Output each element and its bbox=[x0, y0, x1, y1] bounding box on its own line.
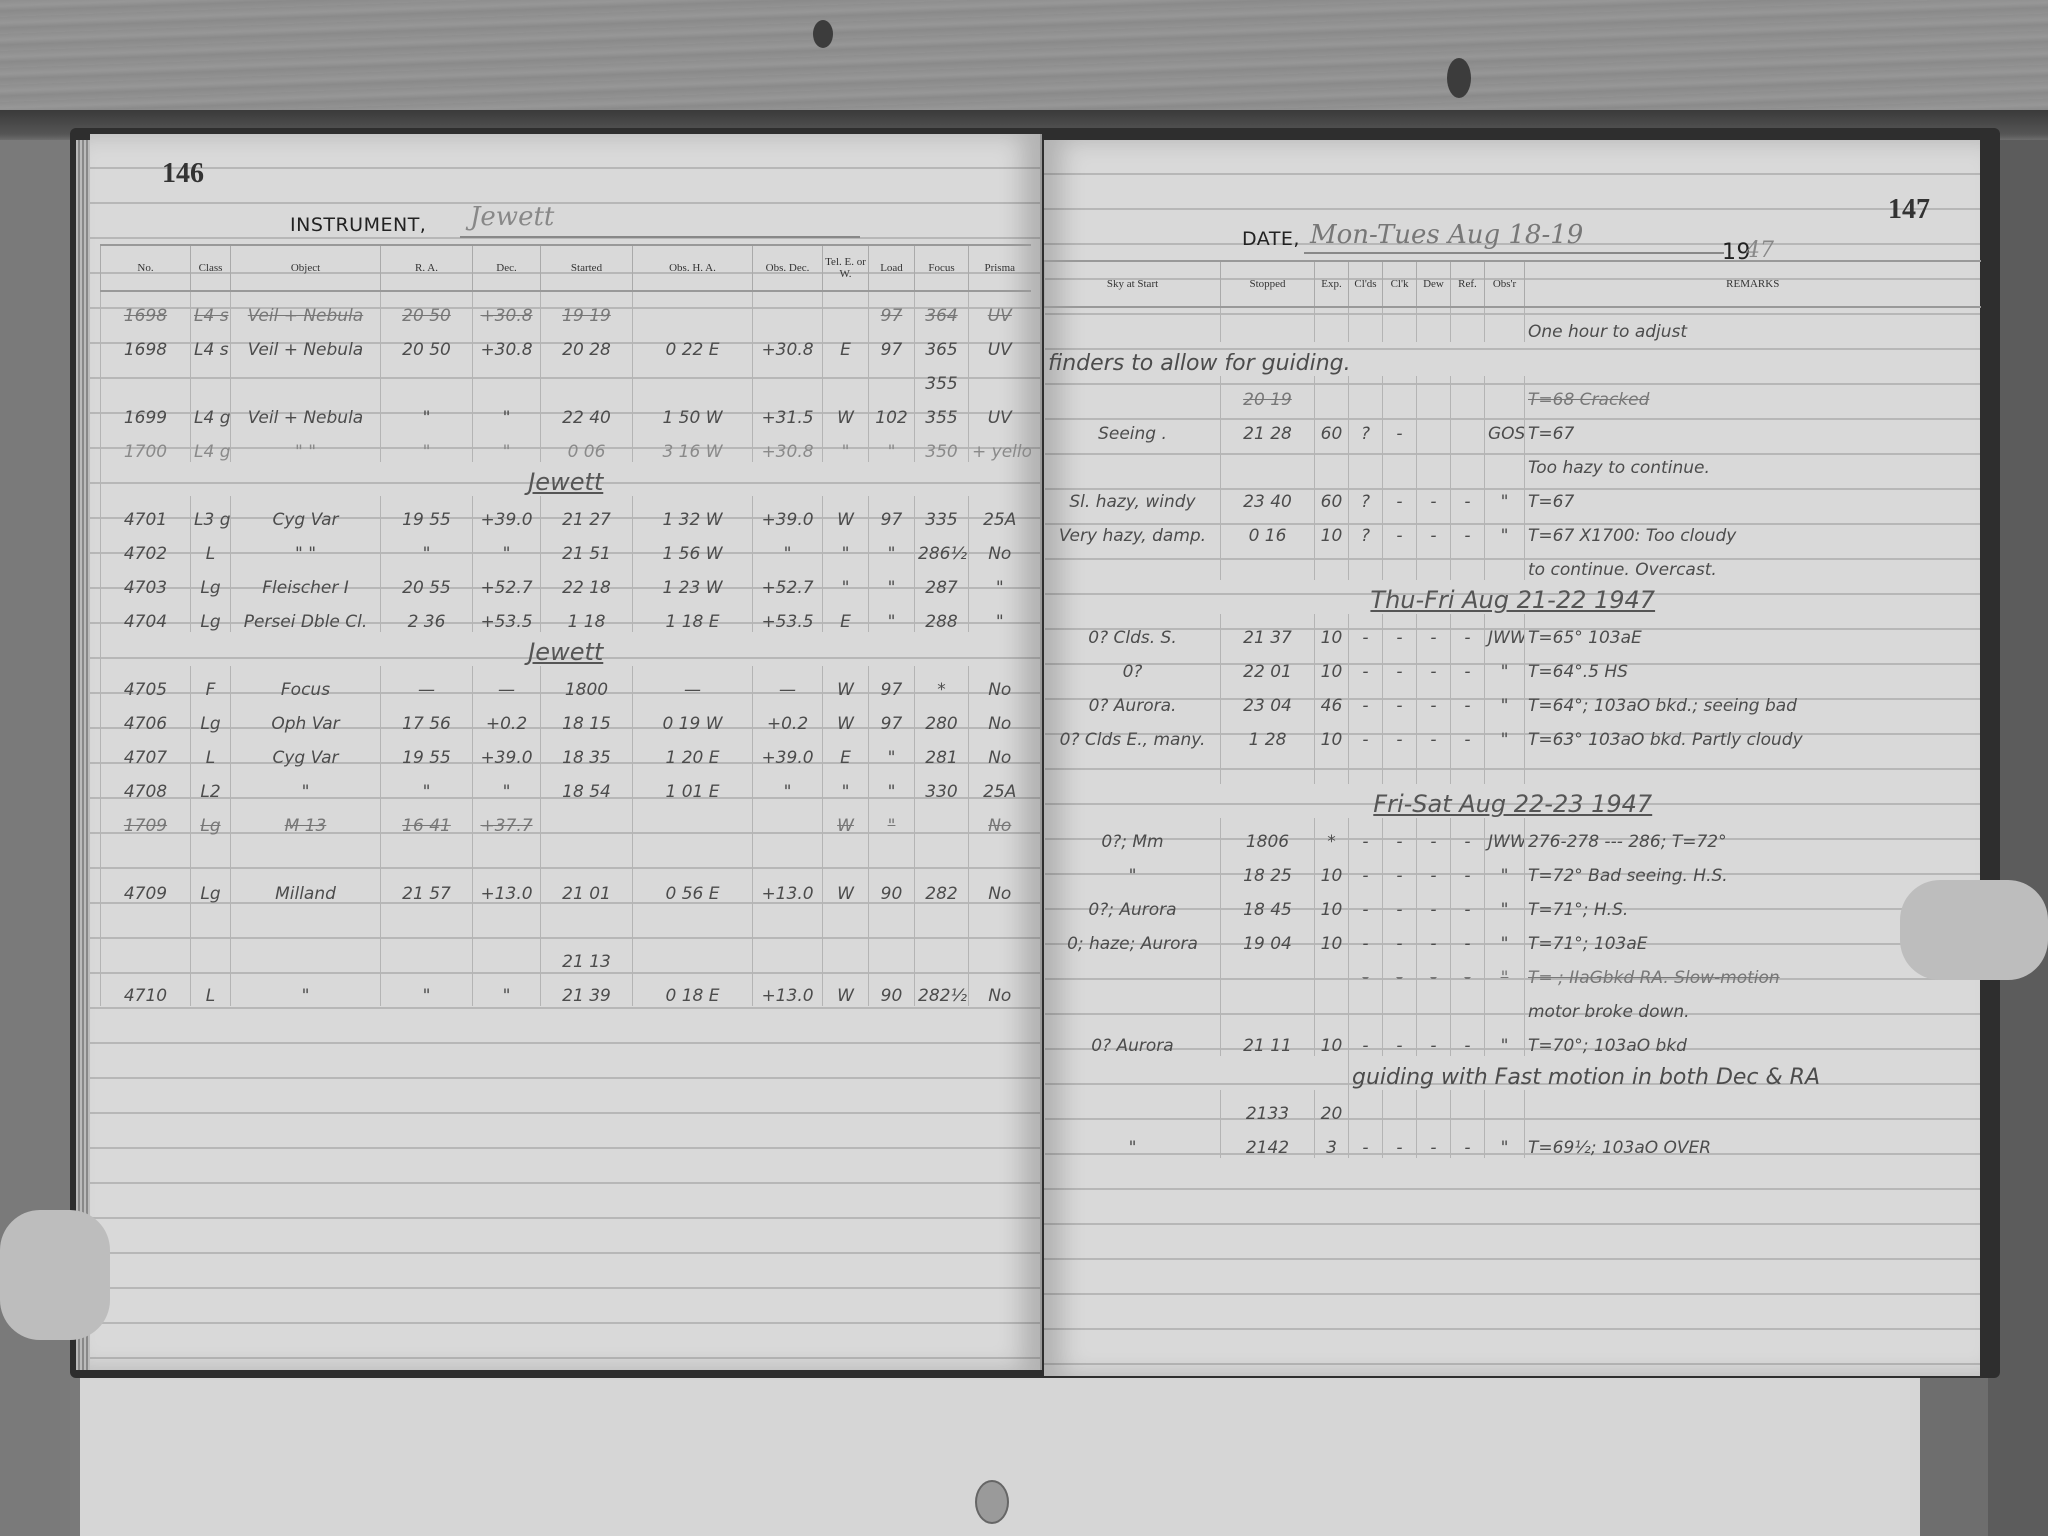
cell-clk: - bbox=[1383, 648, 1417, 682]
cell-prisma: UV bbox=[969, 291, 1031, 326]
cell-prisma: No bbox=[969, 700, 1031, 734]
cell-clds: - bbox=[1349, 886, 1383, 920]
cell-object bbox=[231, 938, 381, 972]
cell-dew bbox=[1417, 750, 1451, 784]
cell-remarks bbox=[1525, 1090, 1981, 1124]
table-row: 4705FFocus——1800——W97*No bbox=[101, 666, 1031, 700]
cell-class bbox=[191, 938, 231, 972]
cell-load bbox=[869, 836, 915, 870]
table-row: 4702L" """21 511 56 W"""286½No bbox=[101, 530, 1031, 564]
cell-class: Lg bbox=[191, 870, 231, 904]
table-row: 0? Clds E., many.1 2810----"T=63° 103aO … bbox=[1045, 716, 1981, 750]
cell-clds: - bbox=[1349, 852, 1383, 886]
wood-knot bbox=[813, 20, 833, 48]
cell-started: 18 35 bbox=[541, 734, 633, 768]
cell-stopped: 2133 bbox=[1221, 1090, 1315, 1124]
table-row: 0?; Aurora18 4510----"T=71°; H.S. bbox=[1045, 886, 1981, 920]
cell-dew: - bbox=[1417, 954, 1451, 988]
cell-ref: - bbox=[1451, 614, 1485, 648]
table-row: 20 19T=68 Cracked bbox=[1045, 376, 1981, 410]
cell-exp: 60 bbox=[1315, 410, 1349, 444]
cell-load: " bbox=[869, 428, 915, 462]
cell-focus: 364 bbox=[915, 291, 969, 326]
cell-obs_ha bbox=[633, 802, 753, 836]
cell-clk: - bbox=[1383, 512, 1417, 546]
cell-object: Fleischer I bbox=[231, 564, 381, 598]
cell-dec: " bbox=[473, 530, 541, 564]
cell-stopped: 1806 bbox=[1221, 818, 1315, 852]
cell-prisma: No bbox=[969, 870, 1031, 904]
cell-focus: 355 bbox=[915, 394, 969, 428]
cell-prisma: UV bbox=[969, 394, 1031, 428]
cell-exp bbox=[1315, 546, 1349, 580]
cell-clds: ? bbox=[1349, 478, 1383, 512]
cell-load: " bbox=[869, 530, 915, 564]
cell-obsr: " bbox=[1485, 1124, 1525, 1158]
cell-prisma: No bbox=[969, 802, 1031, 836]
cell-obsr bbox=[1485, 546, 1525, 580]
cell-prisma: No bbox=[969, 734, 1031, 768]
cell-class: Lg bbox=[191, 802, 231, 836]
cell-dew: - bbox=[1417, 478, 1451, 512]
page-number: 147 bbox=[1888, 194, 1930, 226]
cell-prisma bbox=[969, 360, 1031, 394]
table-row: 1700L4 g" """0 063 16 W+30.8""350+ yello… bbox=[101, 428, 1031, 462]
cell-dew: - bbox=[1417, 512, 1451, 546]
cell-class: L bbox=[191, 530, 231, 564]
column-header: Load bbox=[869, 245, 915, 291]
blank-cell bbox=[1045, 1056, 1349, 1090]
cell-tel bbox=[823, 836, 869, 870]
cell-object: Cyg Var bbox=[231, 734, 381, 768]
cell-focus: 282 bbox=[915, 870, 969, 904]
cell-remarks: T=67 X1700: Too cloudy bbox=[1525, 512, 1981, 546]
cell-clds bbox=[1349, 750, 1383, 784]
cell-ref: - bbox=[1451, 920, 1485, 954]
cell-obsr: " bbox=[1485, 886, 1525, 920]
cell-ra: " bbox=[381, 530, 473, 564]
cell-clds: - bbox=[1349, 954, 1383, 988]
cell-clk: - bbox=[1383, 1124, 1417, 1158]
cell-clk: - bbox=[1383, 478, 1417, 512]
column-header: Prisma bbox=[969, 245, 1031, 291]
cell-dew bbox=[1417, 307, 1451, 342]
cell-no: 1709 bbox=[101, 802, 191, 836]
table-row: 4701L3 gCyg Var19 55+39.021 271 32 W+39.… bbox=[101, 496, 1031, 530]
cell-obs_dec bbox=[753, 938, 823, 972]
cell-clk: - bbox=[1383, 1022, 1417, 1056]
cell-clk: - bbox=[1383, 682, 1417, 716]
column-header: Dec. bbox=[473, 245, 541, 291]
cell-dec: +0.2 bbox=[473, 700, 541, 734]
section-heading: Thu-Fri Aug 21-22 1947 bbox=[1045, 580, 1981, 614]
cell-dec bbox=[473, 904, 541, 938]
cell-obsr: " bbox=[1485, 512, 1525, 546]
cell-obs_ha: 1 23 W bbox=[633, 564, 753, 598]
cell-obsr bbox=[1485, 750, 1525, 784]
cell-load: 102 bbox=[869, 394, 915, 428]
column-header: Cl'ds bbox=[1349, 261, 1383, 307]
cell-stopped: 18 25 bbox=[1221, 852, 1315, 886]
cell-obs_dec bbox=[753, 291, 823, 326]
cell-started: 22 18 bbox=[541, 564, 633, 598]
table-row: Seeing .21 2860?-GOS SOGT=67 bbox=[1045, 410, 1981, 444]
left-thumb bbox=[0, 1210, 110, 1340]
cell-remarks: T=68 Cracked bbox=[1525, 376, 1981, 410]
cell-ref bbox=[1451, 410, 1485, 444]
table-row: 4709LgMilland21 57+13.021 010 56 E+13.0W… bbox=[101, 870, 1031, 904]
cell-no: 4708 bbox=[101, 768, 191, 802]
cell-clk: - bbox=[1383, 716, 1417, 750]
cell-exp: 10 bbox=[1315, 852, 1349, 886]
cell-ref: - bbox=[1451, 648, 1485, 682]
cell-started: 1 18 bbox=[541, 598, 633, 632]
cell-class: L bbox=[191, 972, 231, 1006]
cell-obsr bbox=[1485, 376, 1525, 410]
table-row: 355 bbox=[101, 360, 1031, 394]
cell-obs_dec bbox=[753, 836, 823, 870]
cell-obs_dec: — bbox=[753, 666, 823, 700]
cell-clds: - bbox=[1349, 716, 1383, 750]
cell-obsr: " bbox=[1485, 682, 1525, 716]
cell-exp: 10 bbox=[1315, 1022, 1349, 1056]
table-row: 4707LCyg Var19 55+39.018 351 20 E+39.0E"… bbox=[101, 734, 1031, 768]
cell-obsr: JWW CBS bbox=[1485, 818, 1525, 852]
cell-dew bbox=[1417, 410, 1451, 444]
left-page: 146 INSTRUMENT, Jewett No.ClassObjectR. … bbox=[90, 134, 1042, 1370]
cell-load bbox=[869, 360, 915, 394]
cell-class: Lg bbox=[191, 700, 231, 734]
wood-knot bbox=[1447, 58, 1471, 98]
cell-no: 4705 bbox=[101, 666, 191, 700]
cell-no: 4710 bbox=[101, 972, 191, 1006]
cell-sky: Sl. hazy, windy bbox=[1045, 478, 1221, 512]
table-row: ----"T= ; IIaGbkd RA. Slow-motion bbox=[1045, 954, 1981, 988]
cell-load: " bbox=[869, 598, 915, 632]
cell-tel: " bbox=[823, 768, 869, 802]
cell-ref: - bbox=[1451, 512, 1485, 546]
cell-ra bbox=[381, 938, 473, 972]
cell-remarks: T=63° 103aO bkd. Partly cloudy bbox=[1525, 716, 1981, 750]
cell-clds: - bbox=[1349, 1124, 1383, 1158]
cell-dew: - bbox=[1417, 818, 1451, 852]
cell-object: " " bbox=[231, 530, 381, 564]
cell-started: 18 54 bbox=[541, 768, 633, 802]
cell-sky bbox=[1045, 307, 1221, 342]
cell-clds bbox=[1349, 376, 1383, 410]
column-header: R. A. bbox=[381, 245, 473, 291]
cell-exp: 10 bbox=[1315, 886, 1349, 920]
cell-stopped bbox=[1221, 444, 1315, 478]
cell-tel bbox=[823, 904, 869, 938]
cell-dew: - bbox=[1417, 716, 1451, 750]
cell-class: L4 s bbox=[191, 326, 231, 360]
cell-remarks: T=69½; 103aO OVER bbox=[1525, 1124, 1981, 1158]
table-row: 21 13 bbox=[101, 938, 1031, 972]
cell-load bbox=[869, 904, 915, 938]
cell-started: 1800 bbox=[541, 666, 633, 700]
table-row: 213320 bbox=[1045, 1090, 1981, 1124]
cell-obsr: " bbox=[1485, 920, 1525, 954]
cell-focus: 280 bbox=[915, 700, 969, 734]
instrument-value: Jewett bbox=[470, 202, 554, 232]
cell-exp: 10 bbox=[1315, 614, 1349, 648]
cell-class: L4 g bbox=[191, 394, 231, 428]
cell-focus bbox=[915, 938, 969, 972]
cell-ref bbox=[1451, 546, 1485, 580]
cell-started: 21 51 bbox=[541, 530, 633, 564]
cell-tel: W bbox=[823, 870, 869, 904]
cell-load: " bbox=[869, 768, 915, 802]
table-row: Sl. hazy, windy23 4060?---"T=67 bbox=[1045, 478, 1981, 512]
cell-object: Veil + Nebula bbox=[231, 394, 381, 428]
cell-obs_ha: — bbox=[633, 666, 753, 700]
cell-ref: - bbox=[1451, 716, 1485, 750]
cell-clds: ? bbox=[1349, 512, 1383, 546]
cell-sky: 0? Clds. S. bbox=[1045, 614, 1221, 648]
cell-focus: 282½ bbox=[915, 972, 969, 1006]
cell-remarks: Too hazy to continue. bbox=[1525, 444, 1981, 478]
cell-obsr: " bbox=[1485, 852, 1525, 886]
cell-stopped: 21 11 bbox=[1221, 1022, 1315, 1056]
cell-clk: - bbox=[1383, 886, 1417, 920]
cell-exp: 10 bbox=[1315, 648, 1349, 682]
cell-clk: - bbox=[1383, 818, 1417, 852]
cell-class: Lg bbox=[191, 598, 231, 632]
cell-tel: " bbox=[823, 564, 869, 598]
table-row: 4704LgPersei Dble Cl.2 36+53.51 181 18 E… bbox=[101, 598, 1031, 632]
cell-object: " bbox=[231, 768, 381, 802]
cell-obs_dec: +13.0 bbox=[753, 972, 823, 1006]
table-row: Jewett bbox=[101, 632, 1031, 666]
section-heading: Jewett bbox=[101, 632, 1031, 666]
cell-dec: +37.7 bbox=[473, 802, 541, 836]
table-row: 0? Aurora.23 0446----"T=64°; 103aO bkd.;… bbox=[1045, 682, 1981, 716]
cell-obs_ha: 1 56 W bbox=[633, 530, 753, 564]
cell-load: 97 bbox=[869, 496, 915, 530]
cell-tel: E bbox=[823, 734, 869, 768]
cell-object bbox=[231, 836, 381, 870]
cell-class: L4 s bbox=[191, 291, 231, 326]
cell-class: L4 g bbox=[191, 428, 231, 462]
cell-obsr: " bbox=[1485, 648, 1525, 682]
cell-dec bbox=[473, 938, 541, 972]
cell-tel: E bbox=[823, 326, 869, 360]
cell-class bbox=[191, 836, 231, 870]
cell-sky: 0?; Mm bbox=[1045, 818, 1221, 852]
cell-obsr: JWW CBS bbox=[1485, 614, 1525, 648]
cell-stopped: 1 28 bbox=[1221, 716, 1315, 750]
cell-dew bbox=[1417, 1090, 1451, 1124]
cell-started: 22 40 bbox=[541, 394, 633, 428]
date-label: DATE, bbox=[1242, 228, 1300, 250]
instrument-label: INSTRUMENT, bbox=[290, 214, 426, 236]
cell-remarks: to continue. Overcast. bbox=[1525, 546, 1981, 580]
cell-dec: +53.5 bbox=[473, 598, 541, 632]
cell-tel: " bbox=[823, 428, 869, 462]
cell-load bbox=[869, 938, 915, 972]
table-row: 1699L4 gVeil + Nebula""22 401 50 W+31.5W… bbox=[101, 394, 1031, 428]
column-header: Dew bbox=[1417, 261, 1451, 307]
cell-dew: - bbox=[1417, 886, 1451, 920]
cell-prisma bbox=[969, 938, 1031, 972]
cell-dew: - bbox=[1417, 614, 1451, 648]
cell-obs_ha: 1 20 E bbox=[633, 734, 753, 768]
cell-focus: * bbox=[915, 666, 969, 700]
cell-object: Focus bbox=[231, 666, 381, 700]
cell-ra bbox=[381, 904, 473, 938]
cell-obs_ha: 1 32 W bbox=[633, 496, 753, 530]
cell-stopped: 0 16 bbox=[1221, 512, 1315, 546]
cell-dew: - bbox=[1417, 920, 1451, 954]
cell-class: L bbox=[191, 734, 231, 768]
instrument-underline bbox=[460, 236, 860, 238]
cell-clds: - bbox=[1349, 920, 1383, 954]
cell-obsr bbox=[1485, 307, 1525, 342]
cell-load: 97 bbox=[869, 291, 915, 326]
cell-sky: " bbox=[1045, 1124, 1221, 1158]
column-header: Obs'r bbox=[1485, 261, 1525, 307]
cell-dew: - bbox=[1417, 1124, 1451, 1158]
cell-stopped: 2142 bbox=[1221, 1124, 1315, 1158]
cell-ref: - bbox=[1451, 852, 1485, 886]
cell-no: 4701 bbox=[101, 496, 191, 530]
cell-dew bbox=[1417, 546, 1451, 580]
cell-prisma bbox=[969, 836, 1031, 870]
cell-sky: 0; haze; Aurora bbox=[1045, 920, 1221, 954]
cell-focus: 288 bbox=[915, 598, 969, 632]
table-row: 1709LgM 1316 41+37.7W"No bbox=[101, 802, 1031, 836]
cell-ref: - bbox=[1451, 478, 1485, 512]
cell-sky bbox=[1045, 954, 1221, 988]
cell-ra: 16 41 bbox=[381, 802, 473, 836]
column-header: Cl'k bbox=[1383, 261, 1417, 307]
cell-ra: 2 36 bbox=[381, 598, 473, 632]
cell-remarks: T=67 bbox=[1525, 478, 1981, 512]
cell-stopped: 21 28 bbox=[1221, 410, 1315, 444]
column-header: Focus bbox=[915, 245, 969, 291]
cell-obs_dec: +39.0 bbox=[753, 734, 823, 768]
cell-stopped: 23 04 bbox=[1221, 682, 1315, 716]
cell-started bbox=[541, 904, 633, 938]
table-row: Jewett bbox=[101, 462, 1031, 496]
cell-obsr: GOS SOG bbox=[1485, 410, 1525, 444]
table-row: One hour to adjust bbox=[1045, 307, 1981, 342]
cell-clds bbox=[1349, 307, 1383, 342]
table-row: "18 2510----"T=72° Bad seeing. H.S. bbox=[1045, 852, 1981, 886]
cell-tel: W bbox=[823, 802, 869, 836]
table-row: "21423----"T=69½; 103aO OVER bbox=[1045, 1124, 1981, 1158]
table-row: 0?22 0110----"T=64°.5 HS bbox=[1045, 648, 1981, 682]
cell-no: 1698 bbox=[101, 291, 191, 326]
cell-dew: - bbox=[1417, 1022, 1451, 1056]
cell-exp bbox=[1315, 376, 1349, 410]
cell-object bbox=[231, 904, 381, 938]
cell-obs_ha: 0 19 W bbox=[633, 700, 753, 734]
cell-obsr: " bbox=[1485, 954, 1525, 988]
cell-obs_ha: 0 22 E bbox=[633, 326, 753, 360]
cell-stopped: 19 04 bbox=[1221, 920, 1315, 954]
table-row: to continue. Overcast. bbox=[1045, 546, 1981, 580]
cell-sky bbox=[1045, 444, 1221, 478]
cell-obs_ha bbox=[633, 938, 753, 972]
cell-started: 21 39 bbox=[541, 972, 633, 1006]
cell-clk bbox=[1383, 546, 1417, 580]
cell-exp: 10 bbox=[1315, 920, 1349, 954]
cell-sky: " bbox=[1045, 852, 1221, 886]
cell-exp: 46 bbox=[1315, 682, 1349, 716]
cell-started: 21 13 bbox=[541, 938, 633, 972]
cell-clk: - bbox=[1383, 954, 1417, 988]
cell-class: L3 g bbox=[191, 496, 231, 530]
cell-obs_dec: " bbox=[753, 768, 823, 802]
cell-ra: 20 50 bbox=[381, 291, 473, 326]
cell-object: Veil + Nebula bbox=[231, 326, 381, 360]
cell-dec: " bbox=[473, 768, 541, 802]
table-row bbox=[101, 836, 1031, 870]
cell-dec: +39.0 bbox=[473, 496, 541, 530]
cell-class bbox=[191, 360, 231, 394]
cell-no bbox=[101, 836, 191, 870]
table-row: 4706LgOph Var17 56+0.218 150 19 W+0.2W97… bbox=[101, 700, 1031, 734]
table-row: 1698L4 sVeil + Nebula20 50+30.820 280 22… bbox=[101, 326, 1031, 360]
cell-prisma: UV bbox=[969, 326, 1031, 360]
table-row bbox=[1045, 750, 1981, 784]
cell-class: L2 bbox=[191, 768, 231, 802]
cell-clds: - bbox=[1349, 648, 1383, 682]
cell-dec: +30.8 bbox=[473, 326, 541, 360]
column-header: Tel. E. or W. bbox=[823, 245, 869, 291]
cell-focus: 335 bbox=[915, 496, 969, 530]
right-page: 147 DATE, Mon-Tues Aug 18-19 19 47 Sky a… bbox=[1044, 140, 1980, 1376]
cell-clk: - bbox=[1383, 614, 1417, 648]
observation-table-continued: Sky at StartStoppedExp.Cl'dsCl'kDewRef.O… bbox=[1044, 260, 1981, 1158]
cell-clk: - bbox=[1383, 410, 1417, 444]
cell-load: 97 bbox=[869, 326, 915, 360]
cell-object: Persei Dble Cl. bbox=[231, 598, 381, 632]
cell-ref bbox=[1451, 307, 1485, 342]
cell-ref: - bbox=[1451, 682, 1485, 716]
cell-obs_dec bbox=[753, 360, 823, 394]
cell-load: 97 bbox=[869, 700, 915, 734]
cell-sky: Seeing . bbox=[1045, 410, 1221, 444]
cell-started: 21 01 bbox=[541, 870, 633, 904]
cell-object: " " bbox=[231, 428, 381, 462]
column-header: Stopped bbox=[1221, 261, 1315, 307]
cell-exp: 60 bbox=[1315, 478, 1349, 512]
cell-focus bbox=[915, 802, 969, 836]
cell-clk bbox=[1383, 444, 1417, 478]
table-row: 4710L"""21 390 18 E+13.0W90282½No bbox=[101, 972, 1031, 1006]
cell-prisma: 25A bbox=[969, 496, 1031, 530]
cell-started: 20 28 bbox=[541, 326, 633, 360]
cell-dew: - bbox=[1417, 682, 1451, 716]
cell-ref: - bbox=[1451, 1124, 1485, 1158]
cell-obs_ha: 1 01 E bbox=[633, 768, 753, 802]
cell-ref: - bbox=[1451, 886, 1485, 920]
cell-stopped bbox=[1221, 988, 1315, 1022]
column-header: Class bbox=[191, 245, 231, 291]
section-heading: Jewett bbox=[101, 462, 1031, 496]
cell-object: Veil + Nebula bbox=[231, 291, 381, 326]
cell-sky bbox=[1045, 546, 1221, 580]
cell-clds: ? bbox=[1349, 410, 1383, 444]
cell-ra bbox=[381, 836, 473, 870]
cell-obs_dec: +53.5 bbox=[753, 598, 823, 632]
cell-stopped: 21 37 bbox=[1221, 614, 1315, 648]
cell-no: 4707 bbox=[101, 734, 191, 768]
cell-obs_ha: 1 50 W bbox=[633, 394, 753, 428]
